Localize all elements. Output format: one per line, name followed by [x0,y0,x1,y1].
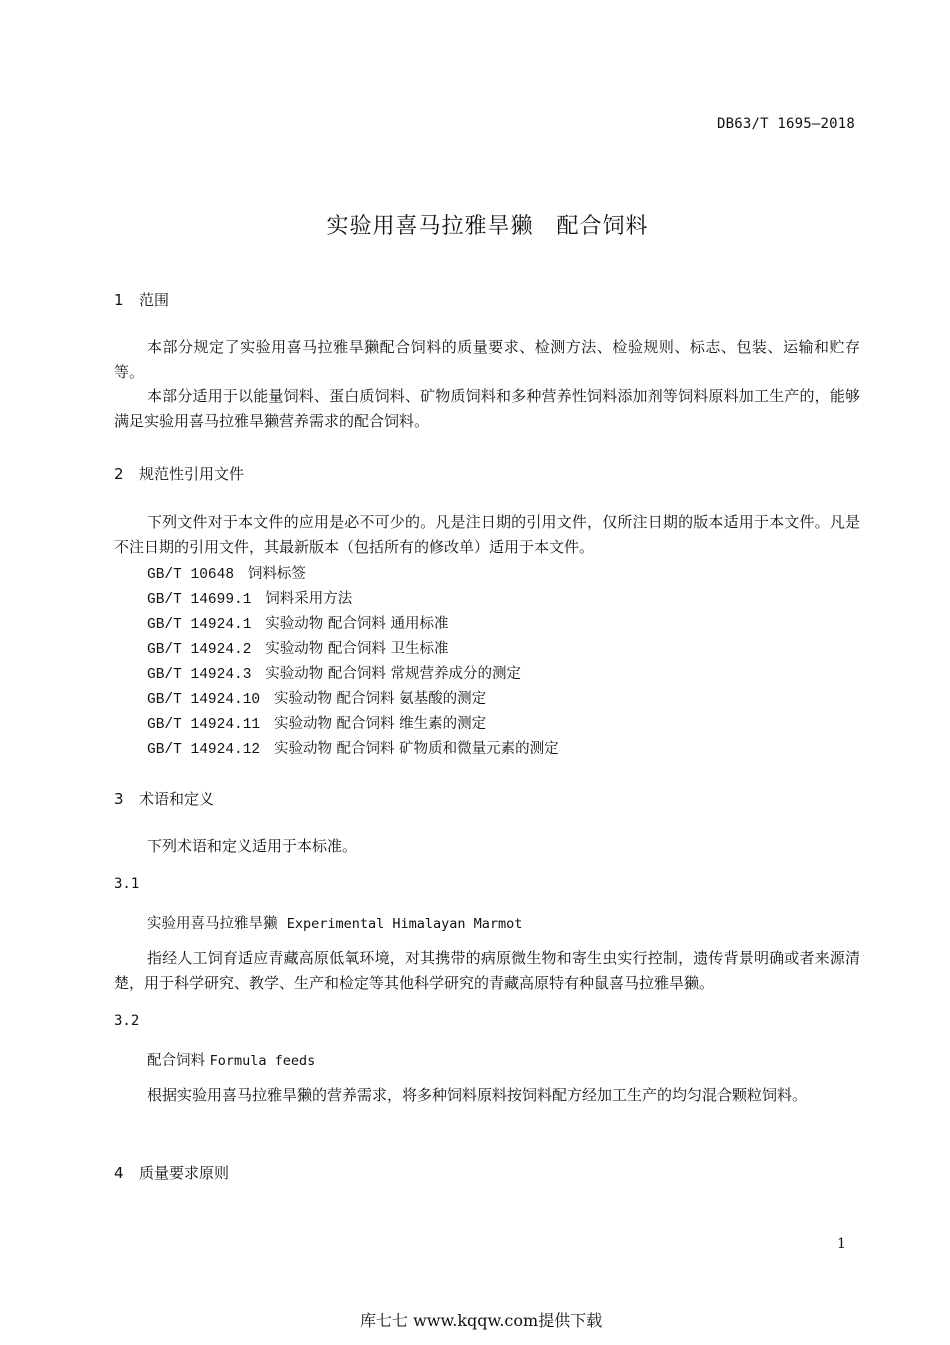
reference-title: 实验动物 配合饲料 氨基酸的测定 [274,691,486,707]
scope-paragraph-2: 本部分适用于以能量饲料、蛋白质饲料、矿物质饲料和多种营养性饲料添加剂等饲料原料加… [114,384,860,434]
section-number: 4 [114,1164,139,1182]
download-footer: 库七七 www.kqqw.com提供下载 [360,1308,602,1331]
reference-item: GB/T 14924.10 实验动物 配合饲料 氨基酸的测定 [147,687,486,708]
section-1-heading: 1范围 [114,289,169,310]
reference-item: GB/T 14699.1 饲料采用方法 [147,587,352,608]
term-zh: 配合饲料 [147,1053,205,1069]
reference-code: GB/T 14699.1 [147,592,251,608]
term-definition: 指经人工饲育适应青藏高原低氧环境，对其携带的病原微生物和寄生虫实行控制，遗传背景… [114,946,860,996]
clause-number: 3.2 [114,1013,139,1029]
reference-title: 实验动物 配合饲料 矿物质和微量元素的测定 [274,741,559,757]
section-number: 2 [114,465,139,483]
reference-code: GB/T 14924.3 [147,667,251,683]
section-title: 术语和定义 [139,790,214,808]
section-4-heading: 4质量要求原则 [114,1162,229,1183]
reference-item: GB/T 10648 饲料标签 [147,562,306,583]
reference-code: GB/T 14924.2 [147,642,251,658]
reference-code: GB/T 14924.11 [147,717,260,733]
terms-intro: 下列术语和定义适用于本标准。 [114,834,860,859]
reference-title: 实验动物 配合饲料 常规营养成分的测定 [265,666,521,682]
term-en: Formula feeds [210,1053,316,1069]
reference-item: GB/T 14924.11 实验动物 配合饲料 维生素的测定 [147,712,486,733]
reference-code: GB/T 14924.10 [147,692,260,708]
reference-title: 实验动物 配合饲料 维生素的测定 [274,716,486,732]
term-zh: 实验用喜马拉雅旱獭 [147,916,278,932]
document-title: 实验用喜马拉雅旱獭 配合饲料 [0,209,950,240]
document-number: DB63/T 1695—2018 [717,116,855,132]
section-number: 3 [114,790,139,808]
reference-item: GB/T 14924.2 实验动物 配合饲料 卫生标准 [147,637,448,658]
reference-code: GB/T 14924.1 [147,617,251,633]
clause-number: 3.1 [114,876,139,892]
page-number: 1 [837,1236,846,1252]
reference-title: 饲料标签 [248,566,306,582]
reference-code: GB/T 14924.12 [147,742,260,758]
section-title: 规范性引用文件 [139,465,244,483]
reference-title: 实验动物 配合饲料 卫生标准 [265,641,448,657]
section-number: 1 [114,291,139,309]
reference-item: GB/T 14924.1 实验动物 配合饲料 通用标准 [147,612,448,633]
section-3-heading: 3术语和定义 [114,788,214,809]
scope-paragraph-1: 本部分规定了实验用喜马拉雅旱獭配合饲料的质量要求、检测方法、检验规则、标志、包装… [114,335,860,385]
term-definition: 根据实验用喜马拉雅旱獭的营养需求，将多种饲料原料按饲料配方经加工生产的均匀混合颗… [114,1083,860,1108]
reference-title: 实验动物 配合饲料 通用标准 [265,616,448,632]
reference-title: 饲料采用方法 [265,591,352,607]
term-en: Experimental Himalayan Marmot [287,916,523,932]
reference-code: GB/T 10648 [147,567,234,583]
section-title: 质量要求原则 [139,1164,229,1182]
term-heading: 配合饲料 Formula feeds [147,1049,315,1070]
reference-item: GB/T 14924.3 实验动物 配合饲料 常规营养成分的测定 [147,662,521,683]
term-heading: 实验用喜马拉雅旱獭 Experimental Himalayan Marmot [147,912,522,933]
references-intro: 下列文件对于本文件的应用是必不可少的。凡是注日期的引用文件，仅所注日期的版本适用… [114,510,860,560]
section-2-heading: 2规范性引用文件 [114,463,244,484]
reference-item: GB/T 14924.12 实验动物 配合饲料 矿物质和微量元素的测定 [147,737,559,758]
section-title: 范围 [139,291,169,309]
